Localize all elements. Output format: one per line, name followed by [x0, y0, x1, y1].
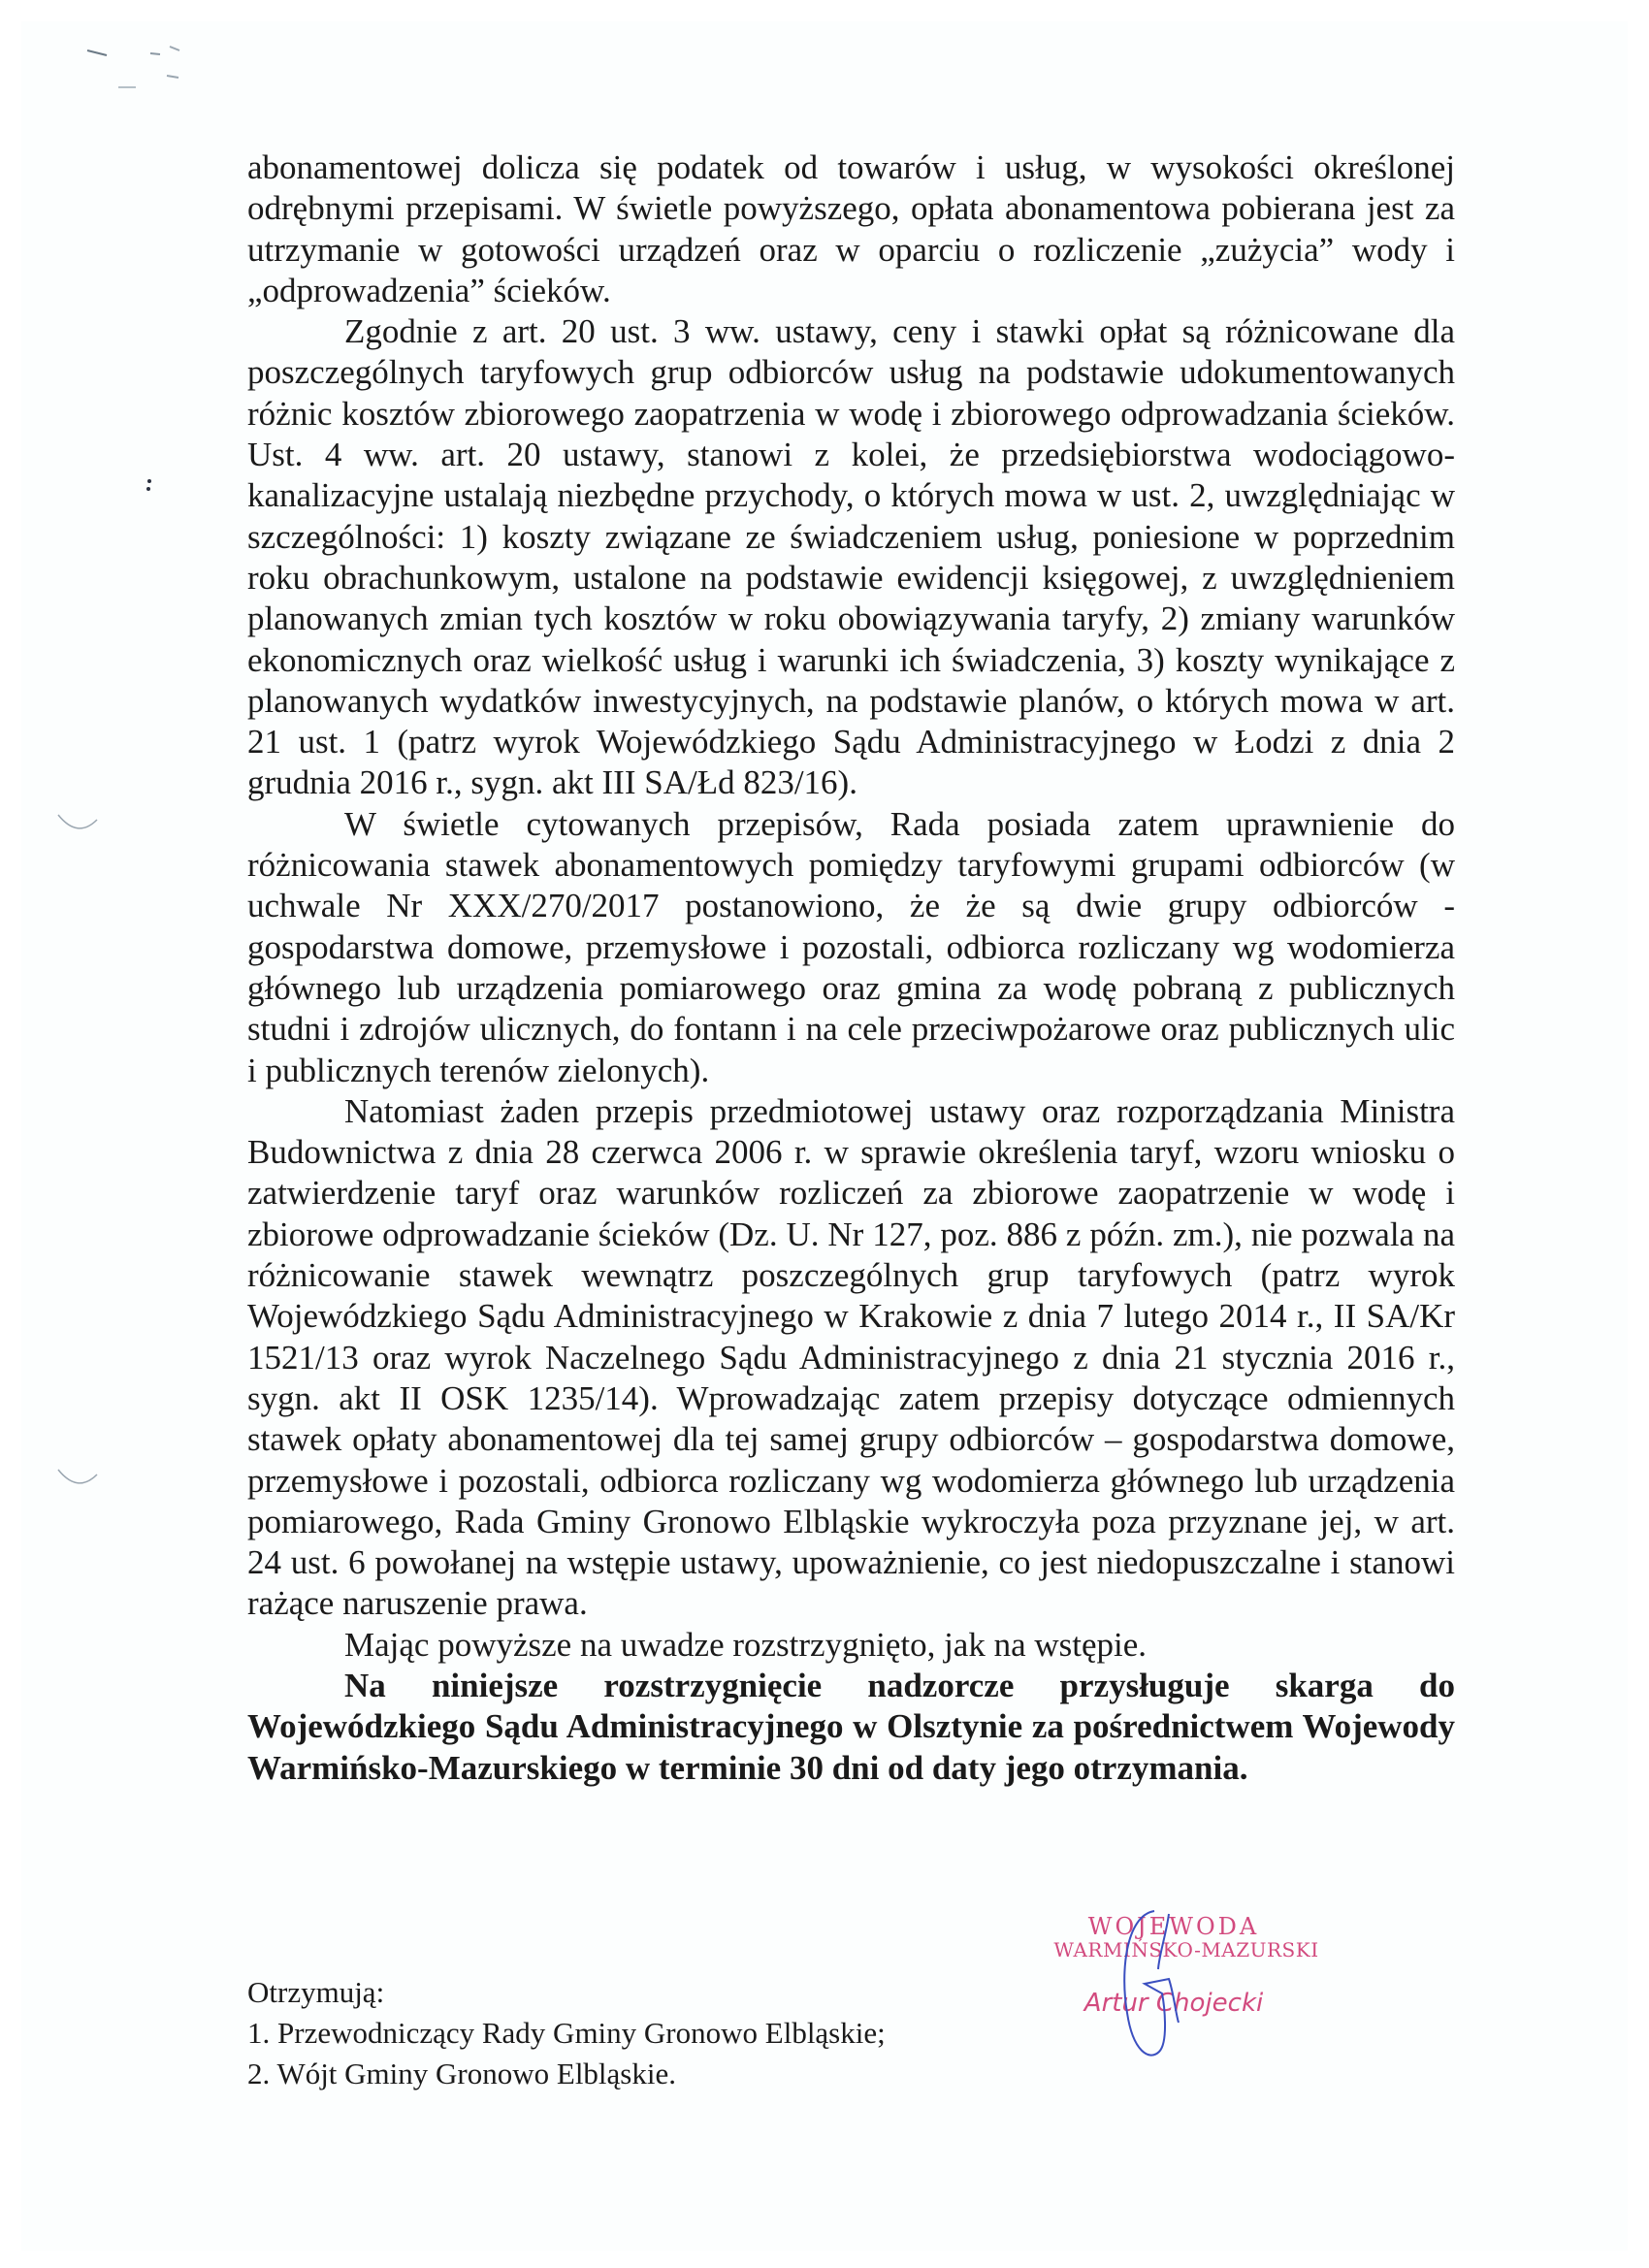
handwritten-signature — [1115, 1906, 1203, 2061]
recipients-list: Otrzymują: 1. Przewodniczący Rady Gminy … — [247, 1972, 886, 2094]
recipient-item: 2. Wójt Gminy Gronowo Elbląskie. — [247, 2054, 886, 2094]
punch-hole-mark-2 — [53, 1465, 102, 1494]
paragraph-art-20-pricing: Zgodnie z art. 20 ust. 3 ww. ustawy, cen… — [247, 311, 1455, 804]
paragraph-fee-vat: abonamentowej dolicza się podatek od tow… — [247, 147, 1455, 311]
paragraph-council-authority: W świetle cytowanych przepisów, Rada pos… — [247, 804, 1455, 1091]
paragraph-conclusion: Mając powyższe na uwadze rozstrzygnięto,… — [247, 1625, 1455, 1666]
recipients-heading: Otrzymują: — [247, 1972, 886, 2013]
scan-artifact-top-left — [78, 39, 194, 116]
scan-artifact-left-dots — [144, 477, 157, 495]
paragraph-appeal-notice: Na niniejsze rozstrzygnięcie nadzorcze p… — [247, 1666, 1455, 1789]
punch-hole-mark-1 — [53, 810, 102, 839]
document-body: abonamentowej dolicza się podatek od tow… — [247, 147, 1455, 1789]
recipient-item: 1. Przewodniczący Rady Gminy Gronowo Elb… — [247, 2013, 886, 2054]
paragraph-violation: Natomiast żaden przepis przedmiotowej us… — [247, 1091, 1455, 1625]
